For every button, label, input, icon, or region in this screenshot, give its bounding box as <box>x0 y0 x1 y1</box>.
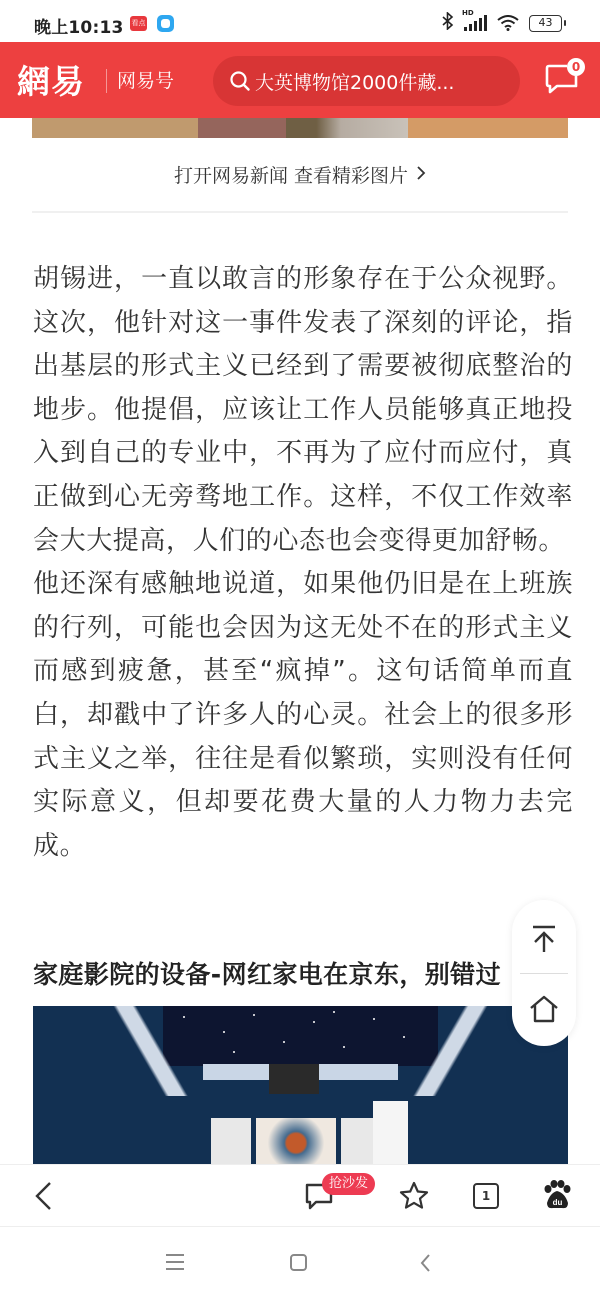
home-button[interactable] <box>512 980 576 1038</box>
search-placeholder: 大英博物馆2000件藏... <box>255 68 454 95</box>
system-back-button[interactable] <box>418 1252 432 1274</box>
system-home-button[interactable] <box>290 1254 307 1271</box>
search-bar[interactable]: 大英博物馆2000件藏... <box>213 56 520 106</box>
bottom-toolbar: 抢沙发 1 du <box>0 1164 600 1227</box>
recent-apps-button[interactable] <box>166 1254 184 1270</box>
baidu-button[interactable]: du <box>541 1179 573 1211</box>
home-icon <box>529 995 559 1023</box>
gallery-image[interactable] <box>32 118 568 138</box>
chevron-left-icon <box>30 1180 60 1212</box>
tabs-button[interactable]: 1 <box>473 1183 499 1209</box>
cell-signal-icon: HD <box>464 15 487 31</box>
article-paragraph: 胡锡进，一直以敢言的形象存在于公众视野。这次，他针对这一事件发表了深刻的评论，指… <box>33 258 573 563</box>
channel-label[interactable]: 网易号 <box>117 66 174 93</box>
open-app-label: 打开网易新闻 查看精彩图片 <box>174 161 408 188</box>
chevron-right-icon <box>416 164 426 186</box>
system-nav-bar <box>0 1228 600 1299</box>
open-app-banner[interactable]: 打开网易新闻 查看精彩图片 <box>32 138 568 213</box>
netease-logo[interactable]: 網易 <box>17 56 85 103</box>
comment-badge[interactable]: 抢沙发 <box>322 1173 375 1195</box>
back-arrow-icon <box>418 1252 432 1274</box>
floating-actions <box>512 900 576 1046</box>
messages-button[interactable]: 0 <box>545 62 583 98</box>
wifi-icon <box>497 15 519 31</box>
search-icon <box>229 70 251 92</box>
battery-icon: 43 <box>529 15 562 32</box>
bluetooth-icon <box>442 12 454 34</box>
arrow-up-icon <box>531 924 557 954</box>
status-icons: HD 43 <box>442 13 562 33</box>
back-to-top-button[interactable] <box>512 910 576 968</box>
blue-app-icon <box>157 15 174 32</box>
news-app-icon: 看点 <box>130 16 147 31</box>
star-icon <box>398 1180 430 1212</box>
logo-divider <box>106 69 107 93</box>
status-bar: 晚上10:13 看点 HD 43 <box>0 0 600 42</box>
app-header: 網易 网易号 大英博物馆2000件藏... 0 <box>0 42 600 118</box>
status-time: 晚上10:13 <box>34 13 124 38</box>
message-count-badge: 0 <box>567 58 585 76</box>
article-body: 胡锡进，一直以敢言的形象存在于公众视野。这次，他针对这一事件发表了深刻的评论，指… <box>33 258 573 868</box>
ad-title[interactable]: 家庭影院的设备-网红家电在京东，别错过 <box>33 955 568 991</box>
favorite-button[interactable] <box>398 1180 430 1212</box>
ad-image[interactable] <box>33 1006 568 1164</box>
svg-text:du: du <box>553 1198 563 1207</box>
back-button[interactable] <box>30 1180 60 1212</box>
article-paragraph: 他还深有感触地说道，如果他仍旧是在上班族的行列，可能也会因为这无处不在的形式主义… <box>33 563 573 868</box>
baidu-paw-icon: du <box>541 1179 573 1211</box>
